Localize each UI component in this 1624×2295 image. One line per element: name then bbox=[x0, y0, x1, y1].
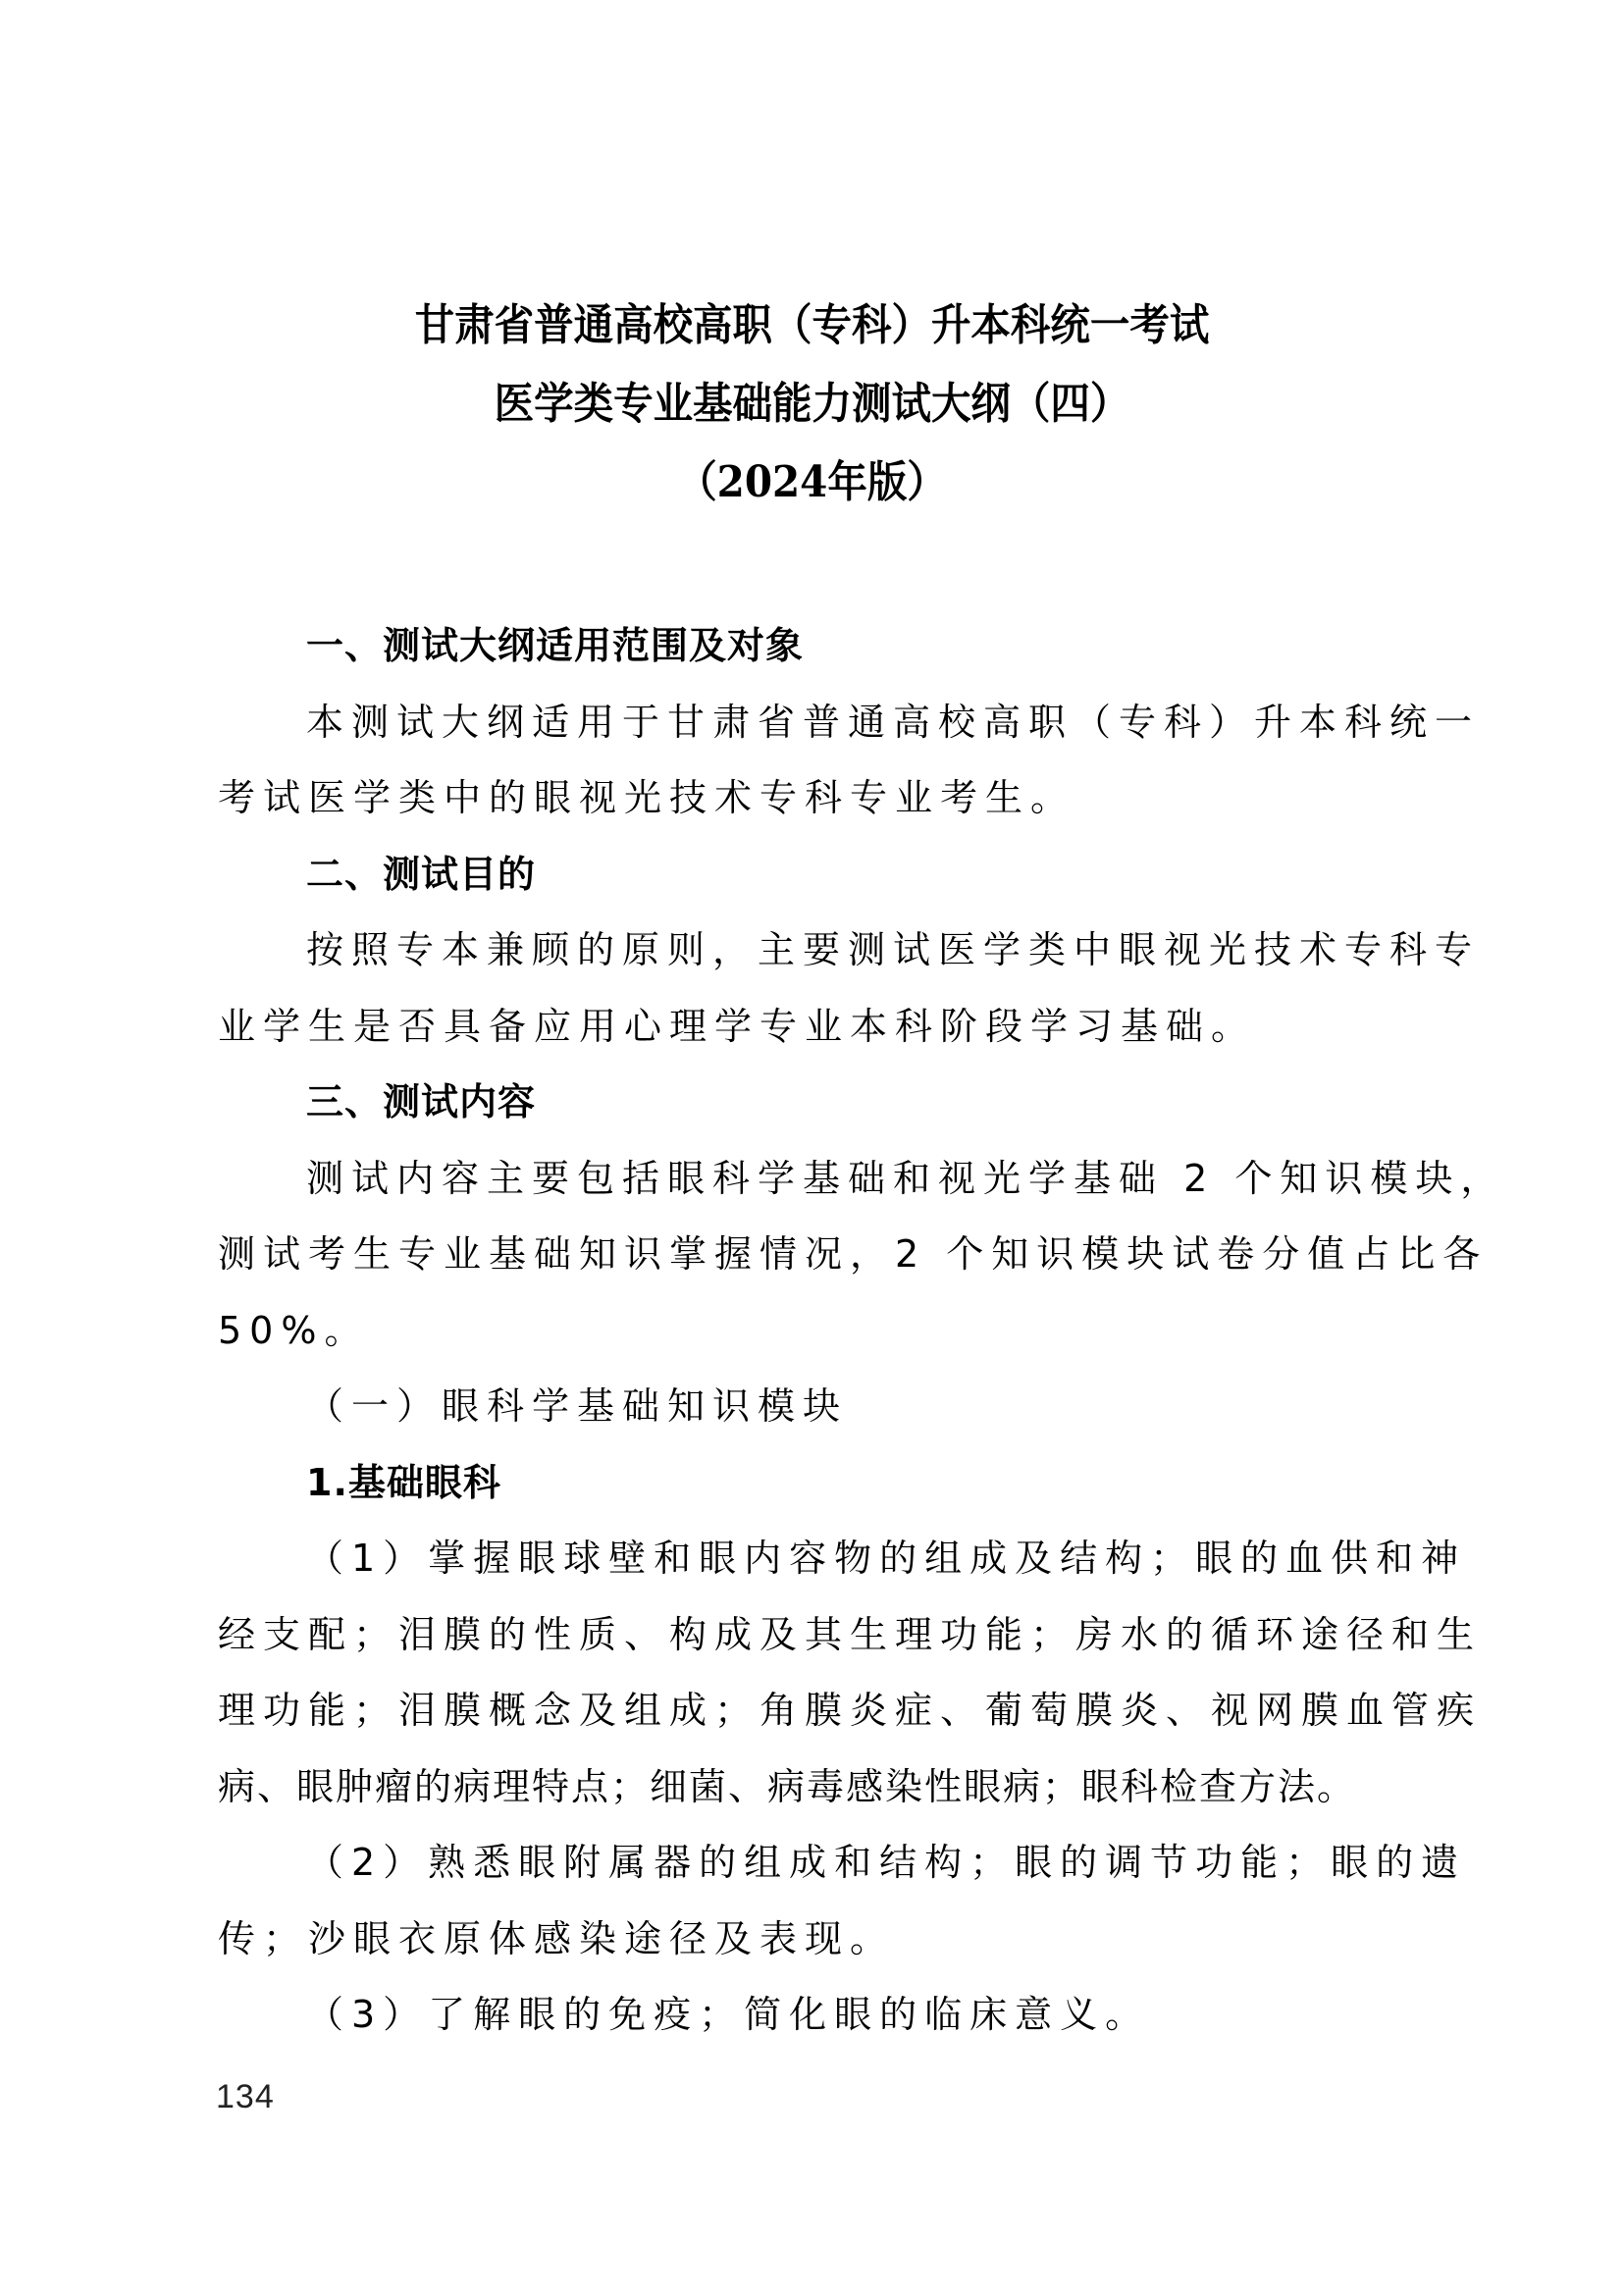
title-line-2: 医学类专业基础能力测试大纲（四） bbox=[65, 365, 1559, 443]
document-body: 一、测试大纲适用范围及对象 本测试大纲适用于甘肃省普通高校高职（专科）升本科统一… bbox=[218, 608, 1427, 2054]
document-page: 甘肃省普通高校高职（专科）升本科统一考试 医学类专业基础能力测试大纲（四） （2… bbox=[0, 0, 1624, 2295]
paragraph-line: 考试医学类中的眼视光技术专科专业考生。 bbox=[218, 760, 1427, 837]
list-item-line: 病、眼肿瘤的病理特点；细菌、病毒感染性眼病；眼科检查方法。 bbox=[218, 1749, 1427, 1826]
paragraph-line: 50%。 bbox=[218, 1293, 1427, 1370]
list-item-line: 经支配；泪膜的性质、构成及其生理功能；房水的循环途径和生 bbox=[218, 1597, 1427, 1674]
list-item-line: （2）熟悉眼附属器的组成和结构；眼的调节功能；眼的遗 bbox=[218, 1825, 1427, 1902]
paragraph-line: 测试考生专业基础知识掌握情况，2 个知识模块试卷分值占比各 bbox=[218, 1217, 1427, 1293]
document-title: 甘肃省普通高校高职（专科）升本科统一考试 医学类专业基础能力测试大纲（四） （2… bbox=[0, 287, 1624, 522]
paragraph-line: 按照专本兼顾的原则，主要测试医学类中眼视光技术专科专 bbox=[218, 913, 1427, 989]
list-item-line: （1）掌握眼球壁和眼内容物的组成及结构；眼的血供和神 bbox=[218, 1521, 1427, 1597]
page-number: 134 bbox=[216, 2078, 275, 2116]
title-line-1: 甘肃省普通高校高职（专科）升本科统一考试 bbox=[65, 287, 1559, 365]
paragraph-line: 业学生是否具备应用心理学专业本科阶段学习基础。 bbox=[218, 989, 1427, 1066]
section-heading-purpose: 二、测试目的 bbox=[218, 837, 1427, 913]
section-heading-scope: 一、测试大纲适用范围及对象 bbox=[218, 608, 1427, 685]
paragraph-line: 本测试大纲适用于甘肃省普通高校高职（专科）升本科统一 bbox=[218, 685, 1427, 761]
list-item-line: 理功能；泪膜概念及组成；角膜炎症、葡萄膜炎、视网膜血管疾 bbox=[218, 1673, 1427, 1749]
subsection-heading: 1.基础眼科 bbox=[218, 1445, 1427, 1522]
paragraph-line: 测试内容主要包括眼科学基础和视光学基础 2 个知识模块， bbox=[218, 1141, 1427, 1218]
list-item-line: 传；沙眼衣原体感染途径及表现。 bbox=[218, 1902, 1427, 1978]
module-heading: （一）眼科学基础知识模块 bbox=[218, 1369, 1427, 1445]
title-line-3: （2024年版） bbox=[65, 443, 1559, 522]
section-heading-content: 三、测试内容 bbox=[218, 1065, 1427, 1141]
list-item-line: （3）了解眼的免疫；简化眼的临床意义。 bbox=[218, 1977, 1427, 2054]
